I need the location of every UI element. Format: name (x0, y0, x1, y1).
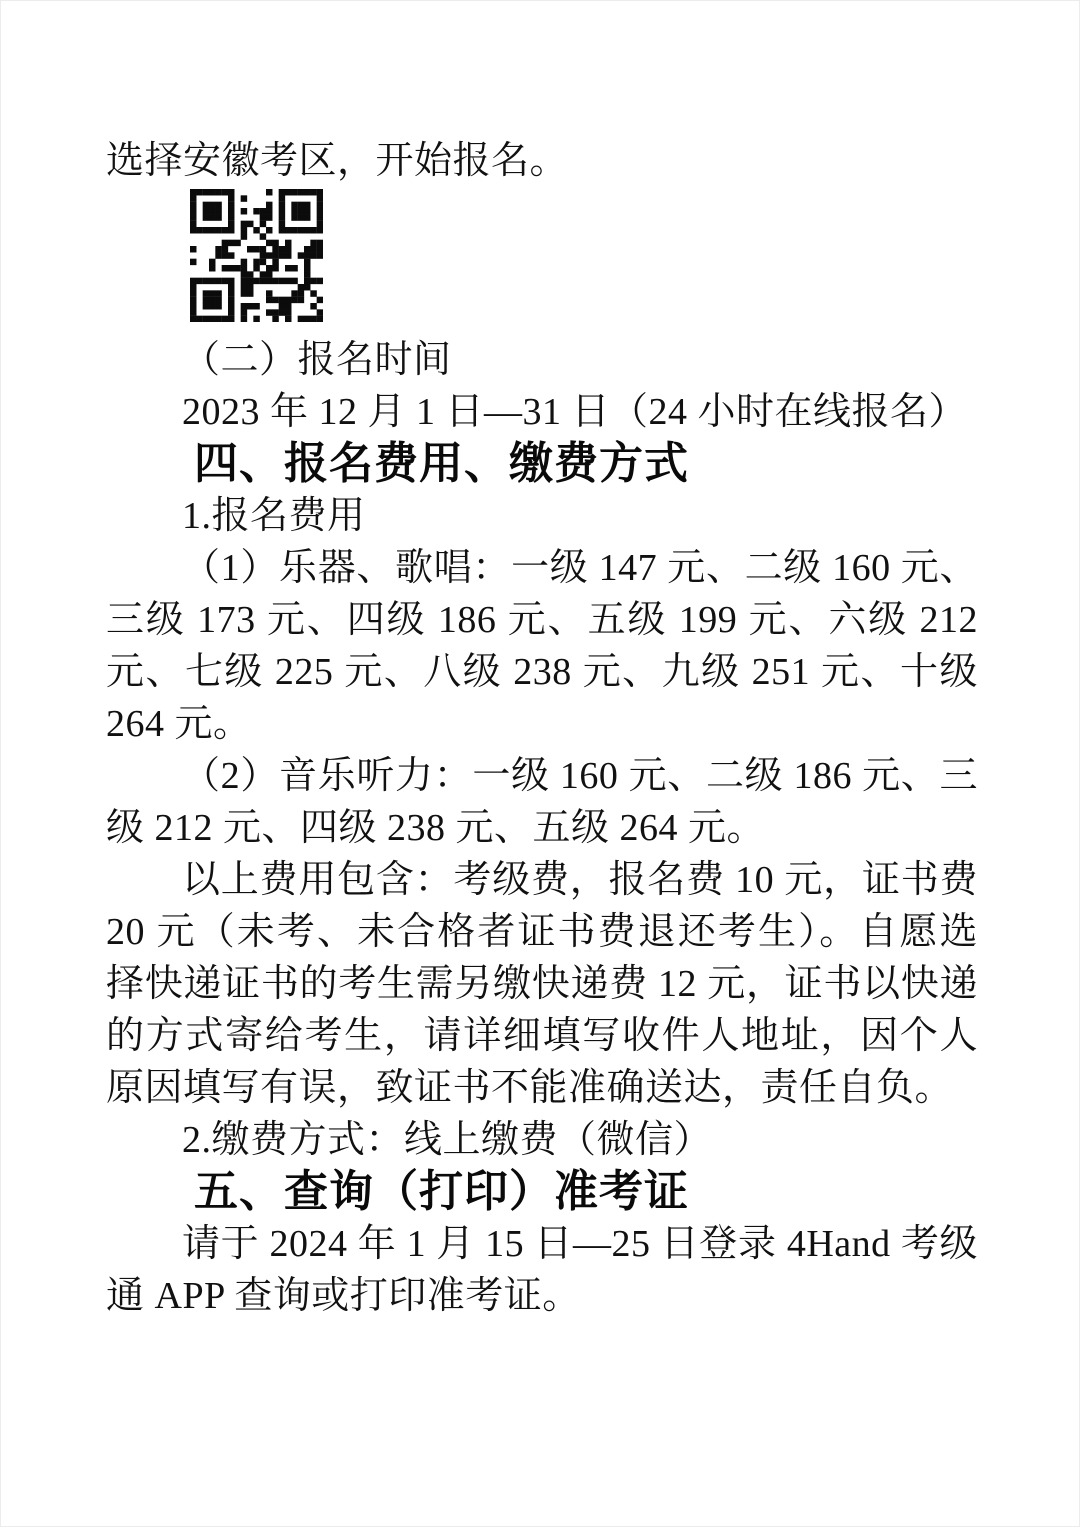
document-page: 选择安徽考区，开始报名。 （二）报名时间 2023 年 12 月 1 日—31 … (0, 0, 1080, 1527)
fees-item-label: 1.报名费用 (106, 490, 978, 542)
fees-instrument-vocal: （1）乐器、歌唱：一级 147 元、二级 160 元、三级 173 元、四级 1… (106, 542, 978, 750)
qr-code-graphic (190, 189, 323, 322)
section-heading-ticket: 五、查询（打印）准考证 (106, 1166, 978, 1218)
ticket-note: 请于 2024 年 1 月 15 日—25 日登录 4Hand 考级通 APP … (106, 1218, 978, 1322)
document-content: 选择安徽考区，开始报名。 （二）报名时间 2023 年 12 月 1 日—31 … (106, 135, 978, 1322)
qr-code-image (190, 189, 323, 322)
intro-text: 选择安徽考区，开始报名。 (106, 135, 978, 187)
section-heading-fees: 四、报名费用、缴费方式 (106, 438, 978, 490)
registration-time-value: 2023 年 12 月 1 日—31 日（24 小时在线报名） (106, 386, 978, 438)
fees-note: 以上费用包含：考级费，报名费 10 元，证书费 20 元（未考、未合格者证书费退… (106, 854, 978, 1114)
registration-time-label: （二）报名时间 (106, 334, 978, 386)
fees-listening: （2）音乐听力：一级 160 元、二级 186 元、三级 212 元、四级 23… (106, 750, 978, 854)
payment-method: 2.缴费方式：线上缴费（微信） (106, 1114, 978, 1166)
